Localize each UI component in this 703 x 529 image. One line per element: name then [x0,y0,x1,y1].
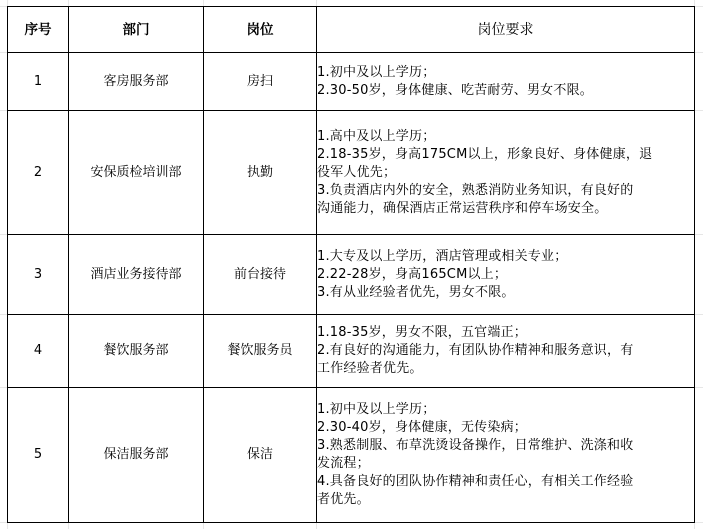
table-row: 3 酒店业务接待部 前台接待 1.大专及以上学历，酒店管理或相关专业； 2.22… [8,235,695,315]
cell-requirements[interactable]: 1.18-35岁，男女不限，五官端正； 2.有良好的沟通能力，有团队协作精神和服… [317,315,695,388]
requirement-line: 役军人优先； [317,164,694,182]
cell-index[interactable]: 1 [8,53,69,111]
requirement-line: 2.30-40岁，身体健康，无传染病； [317,419,694,437]
cell-position[interactable]: 房扫 [204,53,317,111]
cell-requirements[interactable]: 1.初中及以上学历； 2.30-40岁，身体健康，无传染病； 3.熟悉制服、布草… [317,388,695,523]
requirement-line: 者优先。 [317,491,694,509]
requirement-line: 发流程； [317,455,694,473]
cell-index[interactable]: 2 [8,111,69,235]
requirement-line: 2.有良好的沟通能力，有团队协作精神和服务意识，有 [317,342,694,360]
cell-index[interactable]: 3 [8,235,69,315]
cell-requirements[interactable]: 1.大专及以上学历，酒店管理或相关专业； 2.22-28岁，身高165CM以上；… [317,235,695,315]
requirement-line: 3.有从业经验者优先，男女不限。 [317,284,694,302]
requirement-line: 1.18-35岁，男女不限，五官端正； [317,324,694,342]
cell-department[interactable]: 客房服务部 [69,53,204,111]
requirement-line: 1.大专及以上学历，酒店管理或相关专业； [317,248,694,266]
cell-department[interactable]: 餐饮服务部 [69,315,204,388]
requirement-line: 1.初中及以上学历； [317,401,694,419]
requirement-line: 3.熟悉制服、布草洗烫设备操作，日常维护、洗涤和收 [317,437,694,455]
cell-department[interactable]: 酒店业务接待部 [69,235,204,315]
requirement-line: 3.负责酒店内外的安全，熟悉消防业务知识，有良好的 [317,182,694,200]
cell-department[interactable]: 安保质检培训部 [69,111,204,235]
header-position[interactable]: 岗位 [204,7,317,53]
header-department[interactable]: 部门 [69,7,204,53]
table-row: 5 保洁服务部 保洁 1.初中及以上学历； 2.30-40岁，身体健康，无传染病… [8,388,695,523]
cell-department[interactable]: 保洁服务部 [69,388,204,523]
requirement-line: 2.18-35岁，身高175CM以上，形象良好、身体健康，退 [317,146,694,164]
table-row: 4 餐饮服务部 餐饮服务员 1.18-35岁，男女不限，五官端正； 2.有良好的… [8,315,695,388]
requirement-line: 2.22-28岁，身高165CM以上； [317,266,694,284]
header-requirements[interactable]: 岗位要求 [317,7,695,53]
requirement-line: 1.高中及以上学历； [317,128,694,146]
requirement-line: 1.初中及以上学历； [317,64,694,82]
requirement-line: 4.具备良好的团队协作精神和责任心，有相关工作经验 [317,473,694,491]
cell-position[interactable]: 执勤 [204,111,317,235]
job-requirements-table: 序号 部门 岗位 岗位要求 1 客房服务部 房扫 1.初中及以上学历； 2.30… [7,6,695,523]
table-row: 2 安保质检培训部 执勤 1.高中及以上学历； 2.18-35岁，身高175CM… [8,111,695,235]
header-index[interactable]: 序号 [8,7,69,53]
table-row: 1 客房服务部 房扫 1.初中及以上学历； 2.30-50岁，身体健康、吃苦耐劳… [8,53,695,111]
requirement-line: 工作经验者优先。 [317,360,694,378]
cell-position[interactable]: 餐饮服务员 [204,315,317,388]
requirement-line: 沟通能力，确保酒店正常运营秩序和停车场安全。 [317,200,694,218]
requirement-line: 2.30-50岁，身体健康、吃苦耐劳、男女不限。 [317,82,694,100]
cell-position[interactable]: 前台接待 [204,235,317,315]
cell-position[interactable]: 保洁 [204,388,317,523]
cell-index[interactable]: 4 [8,315,69,388]
cell-index[interactable]: 5 [8,388,69,523]
header-row: 序号 部门 岗位 岗位要求 [8,7,695,53]
cell-requirements[interactable]: 1.初中及以上学历； 2.30-50岁，身体健康、吃苦耐劳、男女不限。 [317,53,695,111]
cell-requirements[interactable]: 1.高中及以上学历； 2.18-35岁，身高175CM以上，形象良好、身体健康，… [317,111,695,235]
